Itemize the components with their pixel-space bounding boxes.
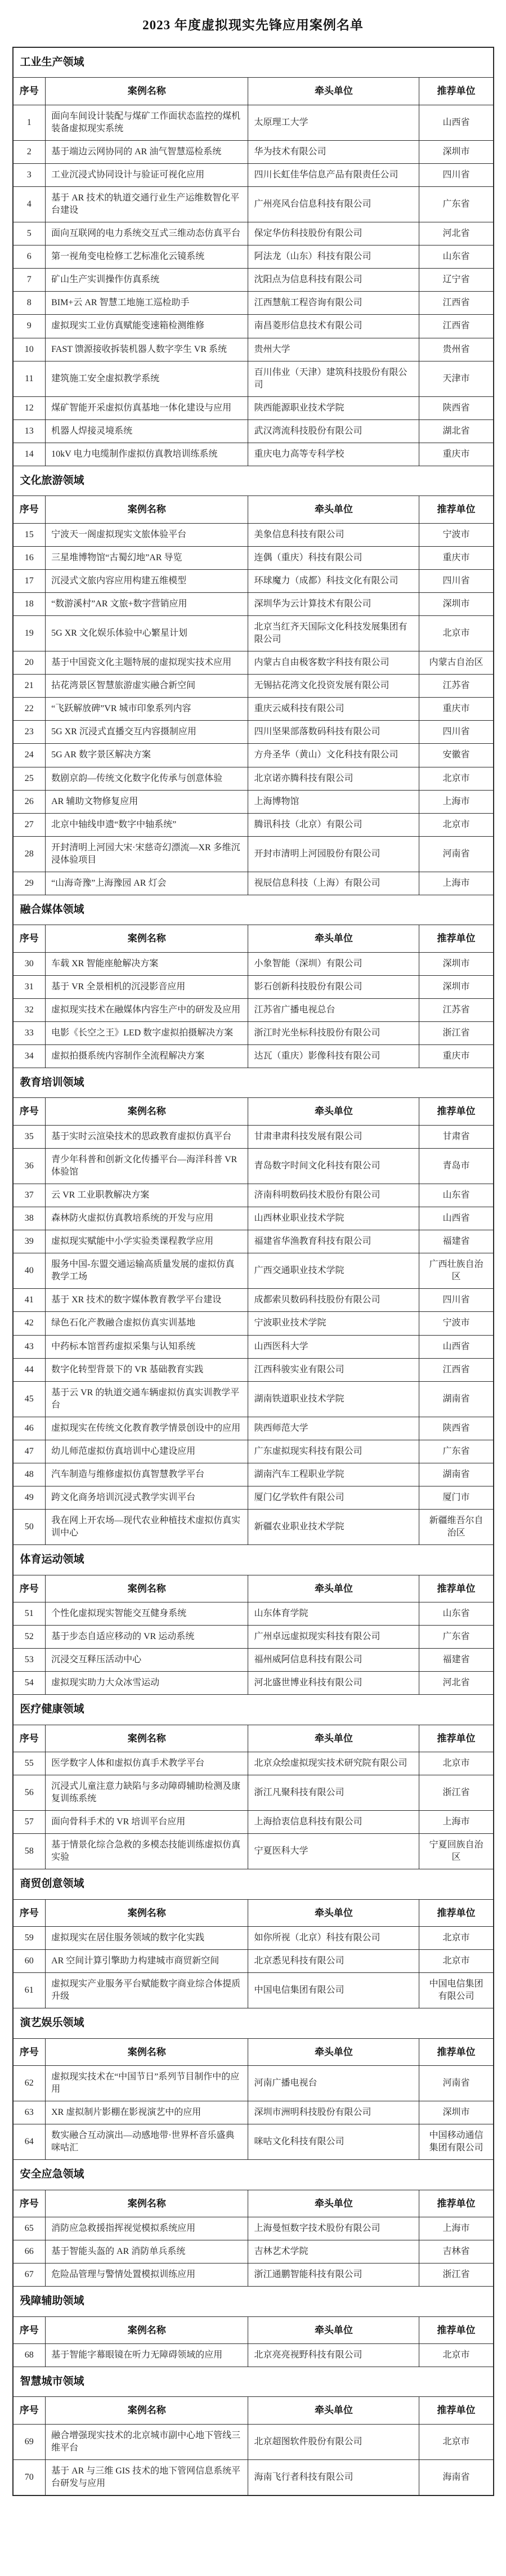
table-row: 20基于中国瓷文化主题特展的虚拟现实技术应用内蒙古自由极客数字科技有限公司内蒙古… xyxy=(13,651,494,675)
table-row: 235G XR 沉浸式直播交互内容摄制应用四川坚果部落数码科技有限公司四川省 xyxy=(13,721,494,744)
recommend-unit: 贵州省 xyxy=(419,338,494,361)
case-no: 67 xyxy=(13,2264,46,2287)
case-no: 22 xyxy=(13,698,46,721)
case-name: “飞跃解放碑”VR 城市印象系列内容 xyxy=(46,698,248,721)
case-no: 52 xyxy=(13,1626,46,1649)
case-name: 虚拟现实在居住服务领域的数字化实践 xyxy=(46,1927,248,1950)
recommend-unit: 浙江省 xyxy=(419,2264,494,2287)
column-header: 牵头单位 xyxy=(248,925,419,952)
recommend-unit: 上海市 xyxy=(419,872,494,895)
table-row: 53沉浸交互释压活动中心福州威阿信息科技有限公司福建省 xyxy=(13,1649,494,1672)
recommend-unit: 广东省 xyxy=(419,1440,494,1463)
case-no: 16 xyxy=(13,546,46,569)
table-row: 55医学数字人体和虚拟仿真手术教学平台北京众绘虚拟现实技术研究院有限公司北京市 xyxy=(13,1752,494,1775)
case-no: 70 xyxy=(13,2459,46,2495)
case-no: 39 xyxy=(13,1230,46,1253)
case-no: 20 xyxy=(13,651,46,675)
case-no: 48 xyxy=(13,1463,46,1486)
case-no: 56 xyxy=(13,1775,46,1811)
case-no: 32 xyxy=(13,998,46,1021)
case-no: 47 xyxy=(13,1440,46,1463)
lead-unit: 广州卓远虚拟现实科技有限公司 xyxy=(248,1626,419,1649)
recommend-unit: 江西省 xyxy=(419,1358,494,1381)
lead-unit: 北京众绘虚拟现实技术研究院有限公司 xyxy=(248,1752,419,1775)
column-header: 序号 xyxy=(13,496,46,523)
recommend-unit: 重庆市 xyxy=(419,1044,494,1068)
recommend-unit: 北京市 xyxy=(419,2344,494,2367)
case-name: 虚拟现实在传统文化教育教学情景创设中的应用 xyxy=(46,1417,248,1440)
column-header: 推荐单位 xyxy=(419,2190,494,2217)
case-no: 30 xyxy=(13,952,46,975)
lead-unit: 湖南铁道职业技术学院 xyxy=(248,1381,419,1417)
column-header: 牵头单位 xyxy=(248,1575,419,1602)
case-no: 28 xyxy=(13,836,46,872)
lead-unit: 上海博物馆 xyxy=(248,790,419,813)
recommend-unit: 江西省 xyxy=(419,315,494,338)
column-header: 案例名称 xyxy=(46,1899,248,1926)
case-no: 10 xyxy=(13,338,46,361)
case-name: 基于步态自适应移动的 VR 运动系统 xyxy=(46,1626,248,1649)
case-no: 50 xyxy=(13,1510,46,1545)
case-no: 55 xyxy=(13,1752,46,1775)
case-name: 10kV 电力电缆制作虚拟仿真教培训练系统 xyxy=(46,443,248,466)
table-row: 29“山海奇豫”上海豫园 AR 灯会视辰信息科技（上海）有限公司上海市 xyxy=(13,872,494,895)
lead-unit: 山东体育学院 xyxy=(248,1602,419,1625)
case-name: 基于端边云网协同的 AR 油气智慧巡检系统 xyxy=(46,140,248,163)
lead-unit: 四川坚果部落数码科技有限公司 xyxy=(248,721,419,744)
case-no: 33 xyxy=(13,1021,46,1044)
table-row: 11建筑施工安全虚拟教学系统百川伟业（天津）建筑科技股份有限公司天津市 xyxy=(13,361,494,396)
case-no: 27 xyxy=(13,813,46,836)
recommend-unit: 安徽省 xyxy=(419,744,494,767)
recommend-unit: 山西省 xyxy=(419,1207,494,1230)
column-header: 牵头单位 xyxy=(248,496,419,523)
case-no: 13 xyxy=(13,419,46,443)
recommend-unit: 山东省 xyxy=(419,1184,494,1207)
table-row: 67危险品管理与警情处置模拟训练应用浙江通鹏智能科技有限公司浙江省 xyxy=(13,2264,494,2287)
column-header-row: 序号案例名称牵头单位推荐单位 xyxy=(13,78,494,105)
lead-unit: 视辰信息科技（上海）有限公司 xyxy=(248,872,419,895)
recommend-unit: 新疆维吾尔自治区 xyxy=(419,1510,494,1545)
lead-unit: 宁波职业技术学院 xyxy=(248,1312,419,1335)
table-row: 51个性化虚拟现实智能交互健身系统山东体育学院山东省 xyxy=(13,1602,494,1625)
case-no: 25 xyxy=(13,767,46,790)
section-title: 智慧城市领域 xyxy=(13,2367,494,2397)
column-header: 序号 xyxy=(13,2397,46,2424)
lead-unit: 上海拾衷信息科技有限公司 xyxy=(248,1811,419,1834)
recommend-unit: 厦门市 xyxy=(419,1486,494,1510)
column-header-row: 序号案例名称牵头单位推荐单位 xyxy=(13,1098,494,1125)
case-name: 面向互联网的电力系统交互式三维动态仿真平台 xyxy=(46,222,248,245)
case-no: 4 xyxy=(13,186,46,222)
section-header-row: 商贸创意领域 xyxy=(13,1869,494,1899)
lead-unit: 湖南汽车工程职业学院 xyxy=(248,1463,419,1486)
table-row: 49跨文化商务培训沉浸式教学实训平台厦门亿学软件有限公司厦门市 xyxy=(13,1486,494,1510)
case-no: 64 xyxy=(13,2124,46,2160)
recommend-unit: 四川省 xyxy=(419,1289,494,1312)
table-row: 28开封清明上河园大宋·宋慈奇幻漂流—XR 多维沉浸体验项目开封市清明上河园股份… xyxy=(13,836,494,872)
lead-unit: 山西林业职业技术学院 xyxy=(248,1207,419,1230)
case-name: 虚拟拍摄系统内容制作全流程解决方案 xyxy=(46,1044,248,1068)
section-title: 工业生产领域 xyxy=(13,47,494,78)
table-row: 65消防应急救援指挥视觉模拟系统应用上海曼恒数字技术股份有限公司上海市 xyxy=(13,2217,494,2240)
lead-unit: 无锡拈花湾文化投资发展有限公司 xyxy=(248,675,419,698)
case-no: 66 xyxy=(13,2240,46,2264)
case-name: 数实融合互动演出—动感地带·世界杯音乐盛典咪咕汇 xyxy=(46,2124,248,2160)
recommend-unit: 广东省 xyxy=(419,1626,494,1649)
case-no: 46 xyxy=(13,1417,46,1440)
recommend-unit: 中国移动通信集团有限公司 xyxy=(419,2124,494,2160)
case-name: 消防应急救援指挥视觉模拟系统应用 xyxy=(46,2217,248,2240)
case-name: 宁波天一阁虚拟现实文旅体验平台 xyxy=(46,523,248,546)
lead-unit: 北京悉见科技有限公司 xyxy=(248,1950,419,1973)
lead-unit: 广西交通职业技术学院 xyxy=(248,1253,419,1289)
case-name: 虚拟现实技术在融媒体内容生产中的研发及应用 xyxy=(46,998,248,1021)
recommend-unit: 山东省 xyxy=(419,245,494,269)
lead-unit: 厦门亿学软件有限公司 xyxy=(248,1486,419,1510)
recommend-unit: 深圳市 xyxy=(419,592,494,615)
lead-unit: 吉林艺术学院 xyxy=(248,2240,419,2264)
case-no: 51 xyxy=(13,1602,46,1625)
table-row: 54虚拟现实助力大众冰雪运动河北盛世博业科技有限公司河北省 xyxy=(13,1672,494,1695)
case-name: 数剧京韵—传统文化数字化传承与创意体验 xyxy=(46,767,248,790)
recommend-unit: 北京市 xyxy=(419,1927,494,1950)
lead-unit: 太原理工大学 xyxy=(248,105,419,140)
recommend-unit: 河北省 xyxy=(419,222,494,245)
case-name: 拈花湾景区智慧旅游虚实融合新空间 xyxy=(46,675,248,698)
recommend-unit: 北京市 xyxy=(419,1950,494,1973)
case-name: 面向骨科手术的 VR 培训平台应用 xyxy=(46,1811,248,1834)
recommend-unit: 河北省 xyxy=(419,1672,494,1695)
cases-table: 工业生产领域序号案例名称牵头单位推荐单位1面向车间设计装配与煤矿工作面状态监控的… xyxy=(12,47,494,2496)
case-no: 44 xyxy=(13,1358,46,1381)
column-header: 案例名称 xyxy=(46,1725,248,1752)
section-title: 残障辅助领域 xyxy=(13,2287,494,2316)
section-title: 医疗健康领域 xyxy=(13,1695,494,1725)
column-header: 序号 xyxy=(13,1899,46,1926)
case-no: 3 xyxy=(13,163,46,186)
case-name: 虚拟现实工业仿真赋能变速箱检测维修 xyxy=(46,315,248,338)
document-page: 2023 年度虚拟现实先锋应用案例名单 工业生产领域序号案例名称牵头单位推荐单位… xyxy=(0,0,506,2513)
column-header-row: 序号案例名称牵头单位推荐单位 xyxy=(13,1899,494,1926)
recommend-unit: 青岛市 xyxy=(419,1148,494,1184)
lead-unit: 陕西能源职业技术学院 xyxy=(248,396,419,419)
recommend-unit: 浙江省 xyxy=(419,1021,494,1044)
column-header: 推荐单位 xyxy=(419,2038,494,2065)
column-header: 推荐单位 xyxy=(419,2316,494,2343)
lead-unit: 甘肃聿肃科技发展有限公司 xyxy=(248,1125,419,1148)
case-no: 53 xyxy=(13,1649,46,1672)
case-no: 38 xyxy=(13,1207,46,1230)
case-no: 54 xyxy=(13,1672,46,1695)
table-row: 48汽车制造与维修虚拟仿真智慧教学平台湖南汽车工程职业学院湖南省 xyxy=(13,1463,494,1486)
table-row: 7矿山生产实训操作仿真系统沈阳点为信息科技有限公司辽宁省 xyxy=(13,269,494,292)
case-name: 数字化转型背景下的 VR 基础教育实践 xyxy=(46,1358,248,1381)
case-name: 危险品管理与警情处置模拟训练应用 xyxy=(46,2264,248,2287)
column-header: 推荐单位 xyxy=(419,496,494,523)
case-no: 63 xyxy=(13,2101,46,2124)
recommend-unit: 湖北省 xyxy=(419,419,494,443)
table-row: 57面向骨科手术的 VR 培训平台应用上海拾衷信息科技有限公司上海市 xyxy=(13,1811,494,1834)
table-row: 1410kV 电力电缆制作虚拟仿真教培训练系统重庆电力高等专科学校重庆市 xyxy=(13,443,494,466)
recommend-unit: 福建省 xyxy=(419,1649,494,1672)
column-header-row: 序号案例名称牵头单位推荐单位 xyxy=(13,2397,494,2424)
section-title: 文化旅游领域 xyxy=(13,466,494,496)
column-header: 推荐单位 xyxy=(419,1725,494,1752)
column-header-row: 序号案例名称牵头单位推荐单位 xyxy=(13,2038,494,2065)
section-title: 商贸创意领域 xyxy=(13,1869,494,1899)
lead-unit: 内蒙古自由极客数字科技有限公司 xyxy=(248,651,419,675)
table-row: 59虚拟现实在居住服务领域的数字化实践如你所视（北京）科技有限公司北京市 xyxy=(13,1927,494,1950)
case-name: 工业沉浸式协同设计与验证可视化应用 xyxy=(46,163,248,186)
column-header: 案例名称 xyxy=(46,925,248,952)
case-name: 虚拟现实赋能中小学实验类课程教学应用 xyxy=(46,1230,248,1253)
case-name: 虚拟现实技术在“中国节日”系列节目制作中的应用 xyxy=(46,2066,248,2101)
table-row: 58基于情景化综合急救的多模态技能训练虚拟仿真实验宁夏医科大学宁夏回族自治区 xyxy=(13,1834,494,1869)
case-no: 62 xyxy=(13,2066,46,2101)
column-header: 序号 xyxy=(13,2038,46,2065)
table-row: 27北京中轴线申遗“数字中轴系统”腾讯科技（北京）有限公司北京市 xyxy=(13,813,494,836)
recommend-unit: 深圳市 xyxy=(419,975,494,998)
case-no: 42 xyxy=(13,1312,46,1335)
table-row: 47幼儿师范虚拟仿真培训中心建设应用广东虚拟现实科技有限公司广东省 xyxy=(13,1440,494,1463)
case-no: 60 xyxy=(13,1950,46,1973)
lead-unit: 武汉湾流科技股份有限公司 xyxy=(248,419,419,443)
table-row: 2基于端边云网协同的 AR 油气智慧巡检系统华为技术有限公司深圳市 xyxy=(13,140,494,163)
lead-unit: 深圳市洲明科技股份有限公司 xyxy=(248,2101,419,2124)
case-name: 汽车制造与维修虚拟仿真智慧教学平台 xyxy=(46,1463,248,1486)
lead-unit: 咪咕文化科技有限公司 xyxy=(248,2124,419,2160)
lead-unit: 广州亮风台信息科技有限公司 xyxy=(248,186,419,222)
case-no: 31 xyxy=(13,975,46,998)
lead-unit: 贵州大学 xyxy=(248,338,419,361)
recommend-unit: 陕西省 xyxy=(419,396,494,419)
lead-unit: 百川伟业（天津）建筑科技股份有限公司 xyxy=(248,361,419,396)
table-row: 35基于实时云渲染技术的思政教育虚拟仿真平台甘肃聿肃科技发展有限公司甘肃省 xyxy=(13,1125,494,1148)
case-no: 14 xyxy=(13,443,46,466)
column-header: 牵头单位 xyxy=(248,2397,419,2424)
table-row: 33电影《长空之王》LED 数字虚拟拍摄解决方案浙江时光坐标科技股份有限公司浙江… xyxy=(13,1021,494,1044)
recommend-unit: 甘肃省 xyxy=(419,1125,494,1148)
lead-unit: 新疆农业职业技术学院 xyxy=(248,1510,419,1545)
recommend-unit: 北京市 xyxy=(419,2424,494,2459)
case-no: 61 xyxy=(13,1973,46,2008)
recommend-unit: 内蒙古自治区 xyxy=(419,651,494,675)
case-name: AR 空间计算引擎助力构建城市商贸新空间 xyxy=(46,1950,248,1973)
case-no: 37 xyxy=(13,1184,46,1207)
recommend-unit: 天津市 xyxy=(419,361,494,396)
case-no: 49 xyxy=(13,1486,46,1510)
case-name: 5G XR 沉浸式直播交互内容摄制应用 xyxy=(46,721,248,744)
lead-unit: 北京当红齐天国际文化科技发展集团有限公司 xyxy=(248,615,419,651)
case-name: 青少年科普和创新文化传播平台—海洋科普 VR 体验馆 xyxy=(46,1148,248,1184)
case-name: 沉浸式儿童注意力缺陷与多动障碍辅助检测及康复训练系统 xyxy=(46,1775,248,1811)
section-header-row: 残障辅助领域 xyxy=(13,2287,494,2316)
case-name: “数游溪村”AR 文旅+数字营销应用 xyxy=(46,592,248,615)
table-row: 60AR 空间计算引擎助力构建城市商贸新空间北京悉见科技有限公司北京市 xyxy=(13,1950,494,1973)
lead-unit: 达瓦（重庆）影像科技有限公司 xyxy=(248,1044,419,1068)
table-row: 16三星堆博物馆“古蜀幻地”AR 导览连偶（重庆）科技有限公司重庆市 xyxy=(13,546,494,569)
table-row: 63XR 虚拟制片影棚在影视演艺中的应用深圳市洲明科技股份有限公司深圳市 xyxy=(13,2101,494,2124)
table-row: 37云 VR 工业职教解决方案济南科明数码技术股份有限公司山东省 xyxy=(13,1184,494,1207)
column-header: 序号 xyxy=(13,925,46,952)
recommend-unit: 深圳市 xyxy=(419,952,494,975)
case-name: 机器人焊接灵境系统 xyxy=(46,419,248,443)
case-name: 开封清明上河园大宋·宋慈奇幻漂流—XR 多维沉浸体验项目 xyxy=(46,836,248,872)
table-row: 6第一视角变电检修工艺标准化云镜系统阿法龙（山东）科技有限公司山东省 xyxy=(13,245,494,269)
column-header: 推荐单位 xyxy=(419,1575,494,1602)
lead-unit: 浙江通鹏智能科技有限公司 xyxy=(248,2264,419,2287)
case-name: 基于云 VR 的轨道交通车辆虚拟仿真实训教学平台 xyxy=(46,1381,248,1417)
lead-unit: 影石创新科技股份有限公司 xyxy=(248,975,419,998)
case-no: 19 xyxy=(13,615,46,651)
lead-unit: 宁夏医科大学 xyxy=(248,1834,419,1869)
recommend-unit: 海南省 xyxy=(419,2459,494,2495)
case-name: 基于智能字幕眼镜在听力无障碍领域的应用 xyxy=(46,2344,248,2367)
case-name: 沉浸式文旅内容应用构建五维模型 xyxy=(46,569,248,592)
case-no: 26 xyxy=(13,790,46,813)
table-row: 50我在网上开农场—现代农业种植技术虚拟仿真实训中心新疆农业职业技术学院新疆维吾… xyxy=(13,1510,494,1545)
recommend-unit: 宁夏回族自治区 xyxy=(419,1834,494,1869)
recommend-unit: 河南省 xyxy=(419,836,494,872)
column-header: 推荐单位 xyxy=(419,2397,494,2424)
case-name: 服务中国-东盟交通运输高质量发展的虚拟仿真教学工场 xyxy=(46,1253,248,1289)
lead-unit: 福州威阿信息科技有限公司 xyxy=(248,1649,419,1672)
column-header: 牵头单位 xyxy=(248,78,419,105)
case-no: 5 xyxy=(13,222,46,245)
lead-unit: 环球魔力（成都）科技文化有限公司 xyxy=(248,569,419,592)
column-header: 序号 xyxy=(13,2316,46,2343)
lead-unit: 浙江时光坐标科技股份有限公司 xyxy=(248,1021,419,1044)
lead-unit: 河南广播电视台 xyxy=(248,2066,419,2101)
lead-unit: 中国电信集团有限公司 xyxy=(248,1973,419,2008)
case-no: 9 xyxy=(13,315,46,338)
column-header: 案例名称 xyxy=(46,496,248,523)
case-no: 7 xyxy=(13,269,46,292)
lead-unit: 方舟圣华（黄山）文化科技有限公司 xyxy=(248,744,419,767)
column-header: 案例名称 xyxy=(46,78,248,105)
table-row: 4基于 AR 技术的轨道交通行业生产运维数智化平台建设广州亮风台信息科技有限公司… xyxy=(13,186,494,222)
recommend-unit: 重庆市 xyxy=(419,443,494,466)
column-header-row: 序号案例名称牵头单位推荐单位 xyxy=(13,1575,494,1602)
case-no: 34 xyxy=(13,1044,46,1068)
table-row: 70基于 AR 与三维 GIS 技术的地下管网信息系统平台研发与应用海南飞行者科… xyxy=(13,2459,494,2495)
recommend-unit: 北京市 xyxy=(419,767,494,790)
case-no: 43 xyxy=(13,1335,46,1358)
case-no: 1 xyxy=(13,105,46,140)
case-name: 我在网上开农场—现代农业种植技术虚拟仿真实训中心 xyxy=(46,1510,248,1545)
case-name: 5G AR 数字景区解决方案 xyxy=(46,744,248,767)
lead-unit: 广东虚拟现实科技有限公司 xyxy=(248,1440,419,1463)
table-row: 18“数游溪村”AR 文旅+数字营销应用深圳华为云计算技术有限公司深圳市 xyxy=(13,592,494,615)
case-no: 59 xyxy=(13,1927,46,1950)
case-name: 北京中轴线申遗“数字中轴系统” xyxy=(46,813,248,836)
lead-unit: 华为技术有限公司 xyxy=(248,140,419,163)
case-name: 基于 XR 技术的数字媒体教育教学平台建设 xyxy=(46,1289,248,1312)
table-row: 43中药标本馆晋药虚拟采集与认知系统山西医科大学山西省 xyxy=(13,1335,494,1358)
recommend-unit: 山西省 xyxy=(419,1335,494,1358)
page-title: 2023 年度虚拟现实先锋应用案例名单 xyxy=(0,15,506,33)
recommend-unit: 陕西省 xyxy=(419,1417,494,1440)
recommend-unit: 宁波市 xyxy=(419,1312,494,1335)
case-name: 面向车间设计装配与煤矿工作面状态监控的煤机装备虚拟现实系统 xyxy=(46,105,248,140)
lead-unit: 小象智能（深圳）有限公司 xyxy=(248,952,419,975)
column-header: 序号 xyxy=(13,1575,46,1602)
lead-unit: 成都索贝数码科技股份有限公司 xyxy=(248,1289,419,1312)
case-name: BIM+云 AR 智慧工地施工巡检助手 xyxy=(46,292,248,315)
case-name: 医学数字人体和虚拟仿真手术教学平台 xyxy=(46,1752,248,1775)
case-no: 18 xyxy=(13,592,46,615)
column-header: 牵头单位 xyxy=(248,1098,419,1125)
lead-unit: 福建省华渔教育科技有限公司 xyxy=(248,1230,419,1253)
column-header: 牵头单位 xyxy=(248,2316,419,2343)
recommend-unit: 北京市 xyxy=(419,813,494,836)
column-header: 推荐单位 xyxy=(419,1098,494,1125)
case-no: 6 xyxy=(13,245,46,269)
case-no: 24 xyxy=(13,744,46,767)
recommend-unit: 广东省 xyxy=(419,186,494,222)
recommend-unit: 河南省 xyxy=(419,2066,494,2101)
case-name: 基于实时云渲染技术的思政教育虚拟仿真平台 xyxy=(46,1125,248,1148)
case-no: 57 xyxy=(13,1811,46,1834)
lead-unit: 青岛数字时间文化科技有限公司 xyxy=(248,1148,419,1184)
recommend-unit: 四川省 xyxy=(419,569,494,592)
recommend-unit: 中国电信集团有限公司 xyxy=(419,1973,494,2008)
table-row: 46虚拟现实在传统文化教育教学情景创设中的应用陕西师范大学陕西省 xyxy=(13,1417,494,1440)
case-name: 三星堆博物馆“古蜀幻地”AR 导览 xyxy=(46,546,248,569)
case-name: 基于中国瓷文化主题特展的虚拟现实技术应用 xyxy=(46,651,248,675)
lead-unit: 深圳华为云计算技术有限公司 xyxy=(248,592,419,615)
case-no: 69 xyxy=(13,2424,46,2459)
table-row: 26AR 辅助文物修复应用上海博物馆上海市 xyxy=(13,790,494,813)
case-no: 2 xyxy=(13,140,46,163)
case-name: 基于 AR 技术的轨道交通行业生产运维数智化平台建设 xyxy=(46,186,248,222)
case-name: AR 辅助文物修复应用 xyxy=(46,790,248,813)
case-no: 45 xyxy=(13,1381,46,1417)
table-row: 68基于智能字幕眼镜在听力无障碍领域的应用北京亮亮视野科技有限公司北京市 xyxy=(13,2344,494,2367)
case-name: FAST 馈源接收拆装机器人数字孪生 VR 系统 xyxy=(46,338,248,361)
lead-unit: 四川长虹佳华信息产品有限责任公司 xyxy=(248,163,419,186)
recommend-unit: 四川省 xyxy=(419,721,494,744)
lead-unit: 美象信息科技有限公司 xyxy=(248,523,419,546)
recommend-unit: 湖南省 xyxy=(419,1463,494,1486)
table-row: 36青少年科普和创新文化传播平台—海洋科普 VR 体验馆青岛数字时间文化科技有限… xyxy=(13,1148,494,1184)
case-no: 8 xyxy=(13,292,46,315)
case-name: 融合增强现实技术的北京城市副中心地下管线三维平台 xyxy=(46,2424,248,2459)
lead-unit: 重庆电力高等专科学校 xyxy=(248,443,419,466)
case-no: 17 xyxy=(13,569,46,592)
column-header: 推荐单位 xyxy=(419,925,494,952)
table-row: 195G XR 文化娱乐体验中心繁星计划北京当红齐天国际文化科技发展集团有限公司… xyxy=(13,615,494,651)
case-no: 21 xyxy=(13,675,46,698)
table-row: 66基于智能头盔的 AR 消防单兵系统吉林艺术学院吉林省 xyxy=(13,2240,494,2264)
table-row: 12煤矿智能开采虚拟仿真基地一体化建设与应用陕西能源职业技术学院陕西省 xyxy=(13,396,494,419)
column-header: 案例名称 xyxy=(46,2038,248,2065)
table-row: 40服务中国-东盟交通运输高质量发展的虚拟仿真教学工场广西交通职业技术学院广西壮… xyxy=(13,1253,494,1289)
column-header: 序号 xyxy=(13,1725,46,1752)
lead-unit: 江西慧航工程咨询有限公司 xyxy=(248,292,419,315)
lead-unit: 浙江凡聚科技有限公司 xyxy=(248,1775,419,1811)
table-row: 38森林防火虚拟仿真教培系统的开发与应用山西林业职业技术学院山西省 xyxy=(13,1207,494,1230)
case-no: 29 xyxy=(13,872,46,895)
column-header-row: 序号案例名称牵头单位推荐单位 xyxy=(13,2190,494,2217)
section-title: 安全应急领域 xyxy=(13,2160,494,2190)
table-row: 13机器人焊接灵境系统武汉湾流科技股份有限公司湖北省 xyxy=(13,419,494,443)
case-no: 65 xyxy=(13,2217,46,2240)
section-header-row: 智慧城市领域 xyxy=(13,2367,494,2397)
case-name: 建筑施工安全虚拟教学系统 xyxy=(46,361,248,396)
case-no: 40 xyxy=(13,1253,46,1289)
